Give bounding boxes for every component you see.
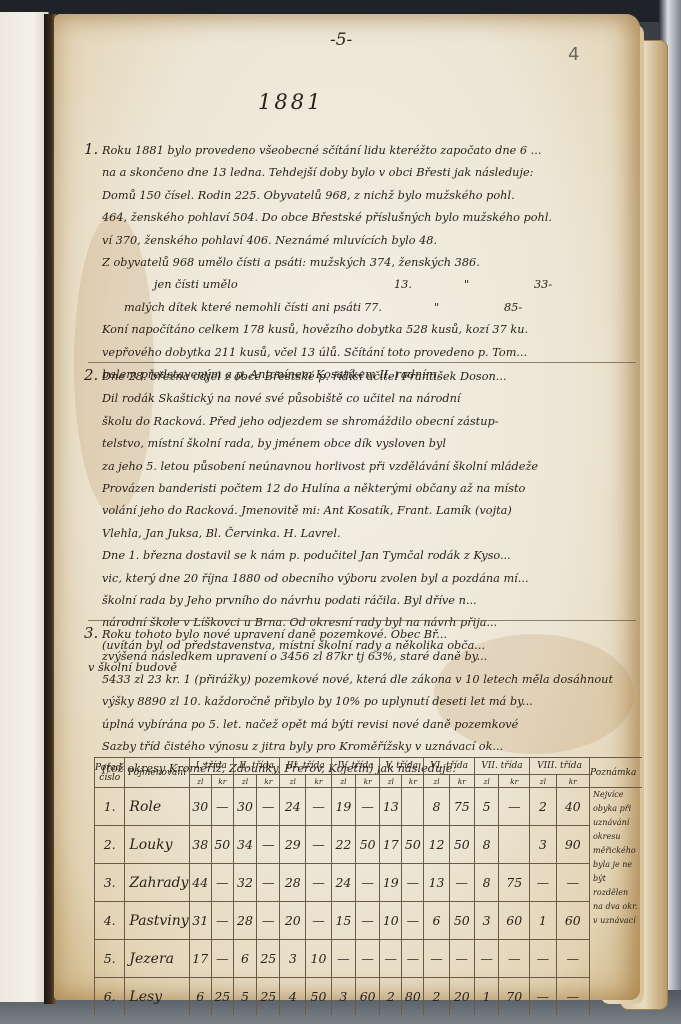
text-line: 464, ženského pohlaví 504. Do obce Břest… — [102, 207, 642, 229]
class-7-zl-value: 5 — [474, 788, 498, 826]
class-4-zl-value: 15 — [331, 902, 355, 940]
land-type-name: Pastviny — [125, 902, 189, 940]
text-line: Sazby tříd čistého výnosu z jitra byly p… — [102, 736, 642, 758]
class-1-kr-value: — — [211, 902, 233, 940]
remarks-line: na dva okr. — [593, 900, 642, 914]
class-3-kr-value: 50 — [306, 978, 332, 1016]
row-number: 1. — [95, 788, 125, 826]
text-line: Dne 28. března odjel z obce Břestské p. … — [102, 366, 642, 388]
census-row-male: 77. — [364, 297, 434, 319]
remarks-line: měřického — [593, 844, 642, 858]
class-4-kr-value: — — [356, 864, 380, 902]
class-5-kr-value: — — [402, 902, 424, 940]
class-3-kr-value: 10 — [306, 940, 332, 978]
entry-number: 2. — [84, 366, 98, 384]
class-5-kr-value — [402, 788, 424, 826]
class-6-kr-value: 20 — [449, 978, 474, 1016]
header-class-4: IV. třída — [331, 758, 379, 775]
class-5-zl-value: 19 — [380, 864, 402, 902]
class-8-zl-value: — — [530, 940, 557, 978]
class-8-zl-value: — — [530, 978, 557, 1016]
table-row: 5.Jezera17—625310—————————— — [95, 940, 643, 978]
entry-divider — [88, 620, 636, 621]
class-5-kr-value: 50 — [402, 826, 424, 864]
class-2-zl-value: 32 — [233, 864, 256, 902]
remarks-line: byla je ne — [593, 858, 642, 872]
text-line: volání jeho do Racková. Jmenovitě mi: An… — [102, 500, 642, 522]
class-5-zl-value: 17 — [380, 826, 402, 864]
class-3-zl-value: 3 — [280, 940, 306, 978]
class-6-kr-value: 50 — [449, 826, 474, 864]
class-6-zl-value: — — [424, 940, 449, 978]
pencil-page-number: 4 — [568, 44, 579, 65]
header-remarks: Poznámka — [590, 758, 643, 788]
header-class-1: I. třída — [189, 758, 233, 775]
entry-number: 3. — [84, 624, 98, 642]
class-7-zl-value: 1 — [474, 978, 498, 1016]
land-type-name: Louky — [125, 826, 189, 864]
entry-divider — [88, 362, 636, 363]
census-row-label: jen čísti umělo — [102, 274, 394, 296]
header-number: Pořad. číslo — [95, 758, 125, 788]
header-class-2: II. třída — [233, 758, 280, 775]
class-8-kr-value: 60 — [556, 902, 589, 940]
class-1-zl-value: 17 — [189, 940, 211, 978]
class-7-kr-value — [499, 826, 530, 864]
land-type-name: Role — [125, 788, 189, 826]
class-3-kr-value: — — [306, 826, 332, 864]
land-tax-class-table: Pořad. číslo Pojmenování I. třída II. tř… — [94, 757, 642, 1015]
class-8-kr-value: 40 — [556, 788, 589, 826]
class-4-zl-value: 19 — [331, 788, 355, 826]
text-line: Provázen banderisti počtem 12 do Hulína … — [102, 478, 642, 500]
class-3-zl-value: 20 — [280, 902, 306, 940]
class-3-zl-value: 24 — [280, 788, 306, 826]
text-line: na a skončeno dne 13 ledna. Tehdejší dob… — [102, 162, 642, 184]
remarks-line: okresu — [593, 830, 642, 844]
subheader-kr: kr — [211, 775, 233, 788]
census-row-ditto: " — [464, 274, 534, 296]
class-4-kr-value: 60 — [356, 978, 380, 1016]
class-4-zl-value: — — [331, 940, 355, 978]
class-1-zl-value: 31 — [189, 902, 211, 940]
class-1-kr-value: — — [211, 940, 233, 978]
land-type-name: Jezera — [125, 940, 189, 978]
class-3-zl-value: 29 — [280, 826, 306, 864]
class-2-zl-value: 34 — [233, 826, 256, 864]
class-6-zl-value: 2 — [424, 978, 449, 1016]
class-8-zl-value: 3 — [530, 826, 557, 864]
header-name: Pojmenování — [125, 758, 189, 788]
census-row-female: 85- — [504, 297, 522, 319]
class-3-kr-value: — — [306, 902, 332, 940]
text-line: školní rada by Jeho prvního do návrhu po… — [102, 590, 642, 612]
previous-page-edge — [0, 12, 49, 1002]
census-row-male: 13. — [394, 274, 464, 296]
class-7-kr-value: 75 — [499, 864, 530, 902]
class-8-kr-value: 90 — [556, 826, 589, 864]
class-6-kr-value: 50 — [449, 902, 474, 940]
class-8-kr-value: — — [556, 978, 589, 1016]
subheader-zl: zl — [474, 775, 498, 788]
class-8-kr-value: — — [556, 940, 589, 978]
class-6-zl-value: 12 — [424, 826, 449, 864]
class-8-zl-value: — — [530, 864, 557, 902]
class-6-kr-value: — — [449, 864, 474, 902]
census-row-female: 33- — [534, 274, 552, 296]
class-8-zl-value: 2 — [530, 788, 557, 826]
class-5-zl-value: 2 — [380, 978, 402, 1016]
text-line: Domů 150 čísel. Rodin 225. Obyvatelů 968… — [102, 185, 642, 207]
subheader-zl: zl — [380, 775, 402, 788]
page-number: -5- — [330, 30, 352, 50]
subheader-kr: kr — [257, 775, 280, 788]
remarks-line: Nejvíce — [593, 788, 642, 802]
class-4-zl-value: 22 — [331, 826, 355, 864]
class-4-zl-value: 24 — [331, 864, 355, 902]
text-line: Roku tohoto bylo nové upravení daně poze… — [102, 624, 642, 646]
text-line: úplná vybírána po 5. let. načež opět má … — [102, 714, 642, 736]
header-class-5: V. třída — [380, 758, 424, 775]
year-heading: 1881 — [258, 90, 323, 114]
header-class-6: VI. třída — [424, 758, 475, 775]
class-1-zl-value: 44 — [189, 864, 211, 902]
subheader-zl: zl — [530, 775, 557, 788]
class-4-kr-value: — — [356, 902, 380, 940]
class-2-zl-value: 30 — [233, 788, 256, 826]
census-row-ditto: " — [434, 297, 504, 319]
class-4-kr-value: — — [356, 788, 380, 826]
text-line: Dne 1. března dostavil se k nám p. poduč… — [102, 545, 642, 567]
class-7-kr-value: — — [499, 788, 530, 826]
class-4-kr-value: 50 — [356, 826, 380, 864]
census-row-read-only: jen čísti umělo 13. " 33- — [102, 274, 642, 296]
subheader-kr: kr — [449, 775, 474, 788]
class-5-zl-value: — — [380, 940, 402, 978]
class-2-kr-value: — — [257, 826, 280, 864]
class-7-zl-value: 3 — [474, 902, 498, 940]
class-6-kr-value: — — [449, 940, 474, 978]
class-5-kr-value: — — [402, 940, 424, 978]
land-type-name: Zahrady — [125, 864, 189, 902]
land-type-name: Lesy — [125, 978, 189, 1016]
table-row: 6.Lesy625525450360280220170—— — [95, 978, 643, 1016]
remarks-line: být rozdělen — [593, 872, 642, 900]
subheader-zl: zl — [189, 775, 211, 788]
entry-1-census: 1. Roku 1881 bylo provedeno všeobecné sč… — [102, 140, 642, 386]
text-line: vic, který dne 20 října 1880 od obecního… — [102, 568, 642, 590]
class-1-kr-value: 25 — [211, 978, 233, 1016]
row-number: 6. — [95, 978, 125, 1016]
subheader-kr: kr — [356, 775, 380, 788]
class-4-zl-value: 3 — [331, 978, 355, 1016]
table-row: 1.Role30—30—24—19—138755—240Nejvíceobyka… — [95, 788, 643, 826]
class-6-kr-value: 75 — [449, 788, 474, 826]
table-row: 2.Louky385034—29—2250175012508390 — [95, 826, 643, 864]
subheader-kr: kr — [556, 775, 589, 788]
class-5-kr-value: — — [402, 864, 424, 902]
class-1-kr-value: — — [211, 864, 233, 902]
table-row: 3.Zahrady44—32—28—24—19—13—875—— — [95, 864, 643, 902]
table-row: 4.Pastviny31—28—20—15—10—650360160 — [95, 902, 643, 940]
class-2-zl-value: 6 — [233, 940, 256, 978]
class-6-zl-value: 13 — [424, 864, 449, 902]
row-number: 4. — [95, 902, 125, 940]
subheader-zl: zl — [424, 775, 449, 788]
remarks-line: v uznávací — [593, 914, 642, 928]
text-line: Roku 1881 bylo provedeno všeobecné sčítá… — [102, 140, 642, 162]
text-line: Dil rodák Skaštický na nové své působišt… — [102, 388, 642, 410]
text-line: výšky 8890 zl 10. každoročně přibylo by … — [102, 691, 642, 713]
class-2-kr-value: — — [257, 788, 280, 826]
text-line: Koní napočítáno celkem 178 kusů, hovězíh… — [102, 319, 642, 341]
class-3-zl-value: 4 — [280, 978, 306, 1016]
table-header-row: Pořad. číslo Pojmenování I. třída II. tř… — [95, 758, 643, 775]
class-2-zl-value: 5 — [233, 978, 256, 1016]
class-1-zl-value: 38 — [189, 826, 211, 864]
class-2-zl-value: 28 — [233, 902, 256, 940]
text-line: ví 370, ženského pohlaví 406. Neznámé ml… — [102, 230, 642, 252]
remarks-line: obyka při — [593, 802, 642, 816]
text-line: vepřového dobytka 211 kusů, včel 13 úlů.… — [102, 342, 642, 364]
header-class-3: III. třída — [280, 758, 331, 775]
row-number: 5. — [95, 940, 125, 978]
class-7-zl-value: 8 — [474, 864, 498, 902]
subheader-zl: zl — [233, 775, 256, 788]
text-line: za jeho 5. letou působení neúnavnou horl… — [102, 456, 642, 478]
text-line: školu do Racková. Před jeho odjezdem se … — [102, 411, 642, 433]
class-2-kr-value: — — [257, 902, 280, 940]
class-8-kr-value: — — [556, 864, 589, 902]
class-5-kr-value: 80 — [402, 978, 424, 1016]
entry-number: 1. — [84, 140, 98, 158]
class-3-zl-value: 28 — [280, 864, 306, 902]
census-row-illiterate: malých dítek které nemohli čísti ani psá… — [102, 297, 642, 319]
remarks-cell: Nejvíceobyka přiuznáváníokresuměřickéhob… — [590, 788, 643, 1016]
subheader-kr: kr — [306, 775, 332, 788]
subheader-kr: kr — [402, 775, 424, 788]
header-class-8: VIII. třída — [530, 758, 590, 775]
subheader-zl: zl — [280, 775, 306, 788]
class-5-zl-value: 10 — [380, 902, 402, 940]
class-5-zl-value: 13 — [380, 788, 402, 826]
remarks-line: uznávání — [593, 816, 642, 830]
text-line: Vlehla, Jan Juksa, Bl. Červinka. H. Lavr… — [102, 523, 642, 545]
class-7-kr-value: — — [499, 940, 530, 978]
class-4-kr-value: — — [356, 940, 380, 978]
class-3-kr-value: — — [306, 788, 332, 826]
subheader-zl: zl — [331, 775, 355, 788]
text-line: Z obyvatelů 968 umělo čísti a psáti: muž… — [102, 252, 642, 274]
class-7-kr-value: 70 — [499, 978, 530, 1016]
class-2-kr-value: 25 — [257, 978, 280, 1016]
class-1-zl-value: 6 — [189, 978, 211, 1016]
class-2-kr-value: 25 — [257, 940, 280, 978]
class-7-kr-value: 60 — [499, 902, 530, 940]
header-class-7: VII. třída — [474, 758, 529, 775]
class-1-kr-value: — — [211, 788, 233, 826]
class-1-zl-value: 30 — [189, 788, 211, 826]
text-line: telstvo, místní školní rada, by jménem o… — [102, 433, 642, 455]
census-row-label: malých dítek které nemohli čísti ani psá… — [102, 297, 364, 319]
class-6-zl-value: 8 — [424, 788, 449, 826]
class-7-zl-value: 8 — [474, 826, 498, 864]
text-line: zvýšená následkem upravení o 3456 zl 87k… — [102, 646, 642, 668]
class-6-zl-value: 6 — [424, 902, 449, 940]
class-1-kr-value: 50 — [211, 826, 233, 864]
subheader-kr: kr — [499, 775, 530, 788]
text-line: 5433 zl 23 kr. 1 (přirážky) pozemkové no… — [102, 669, 642, 691]
row-number: 2. — [95, 826, 125, 864]
row-number: 3. — [95, 864, 125, 902]
class-2-kr-value: — — [257, 864, 280, 902]
class-7-zl-value: — — [474, 940, 498, 978]
class-3-kr-value: — — [306, 864, 332, 902]
class-8-zl-value: 1 — [530, 902, 557, 940]
